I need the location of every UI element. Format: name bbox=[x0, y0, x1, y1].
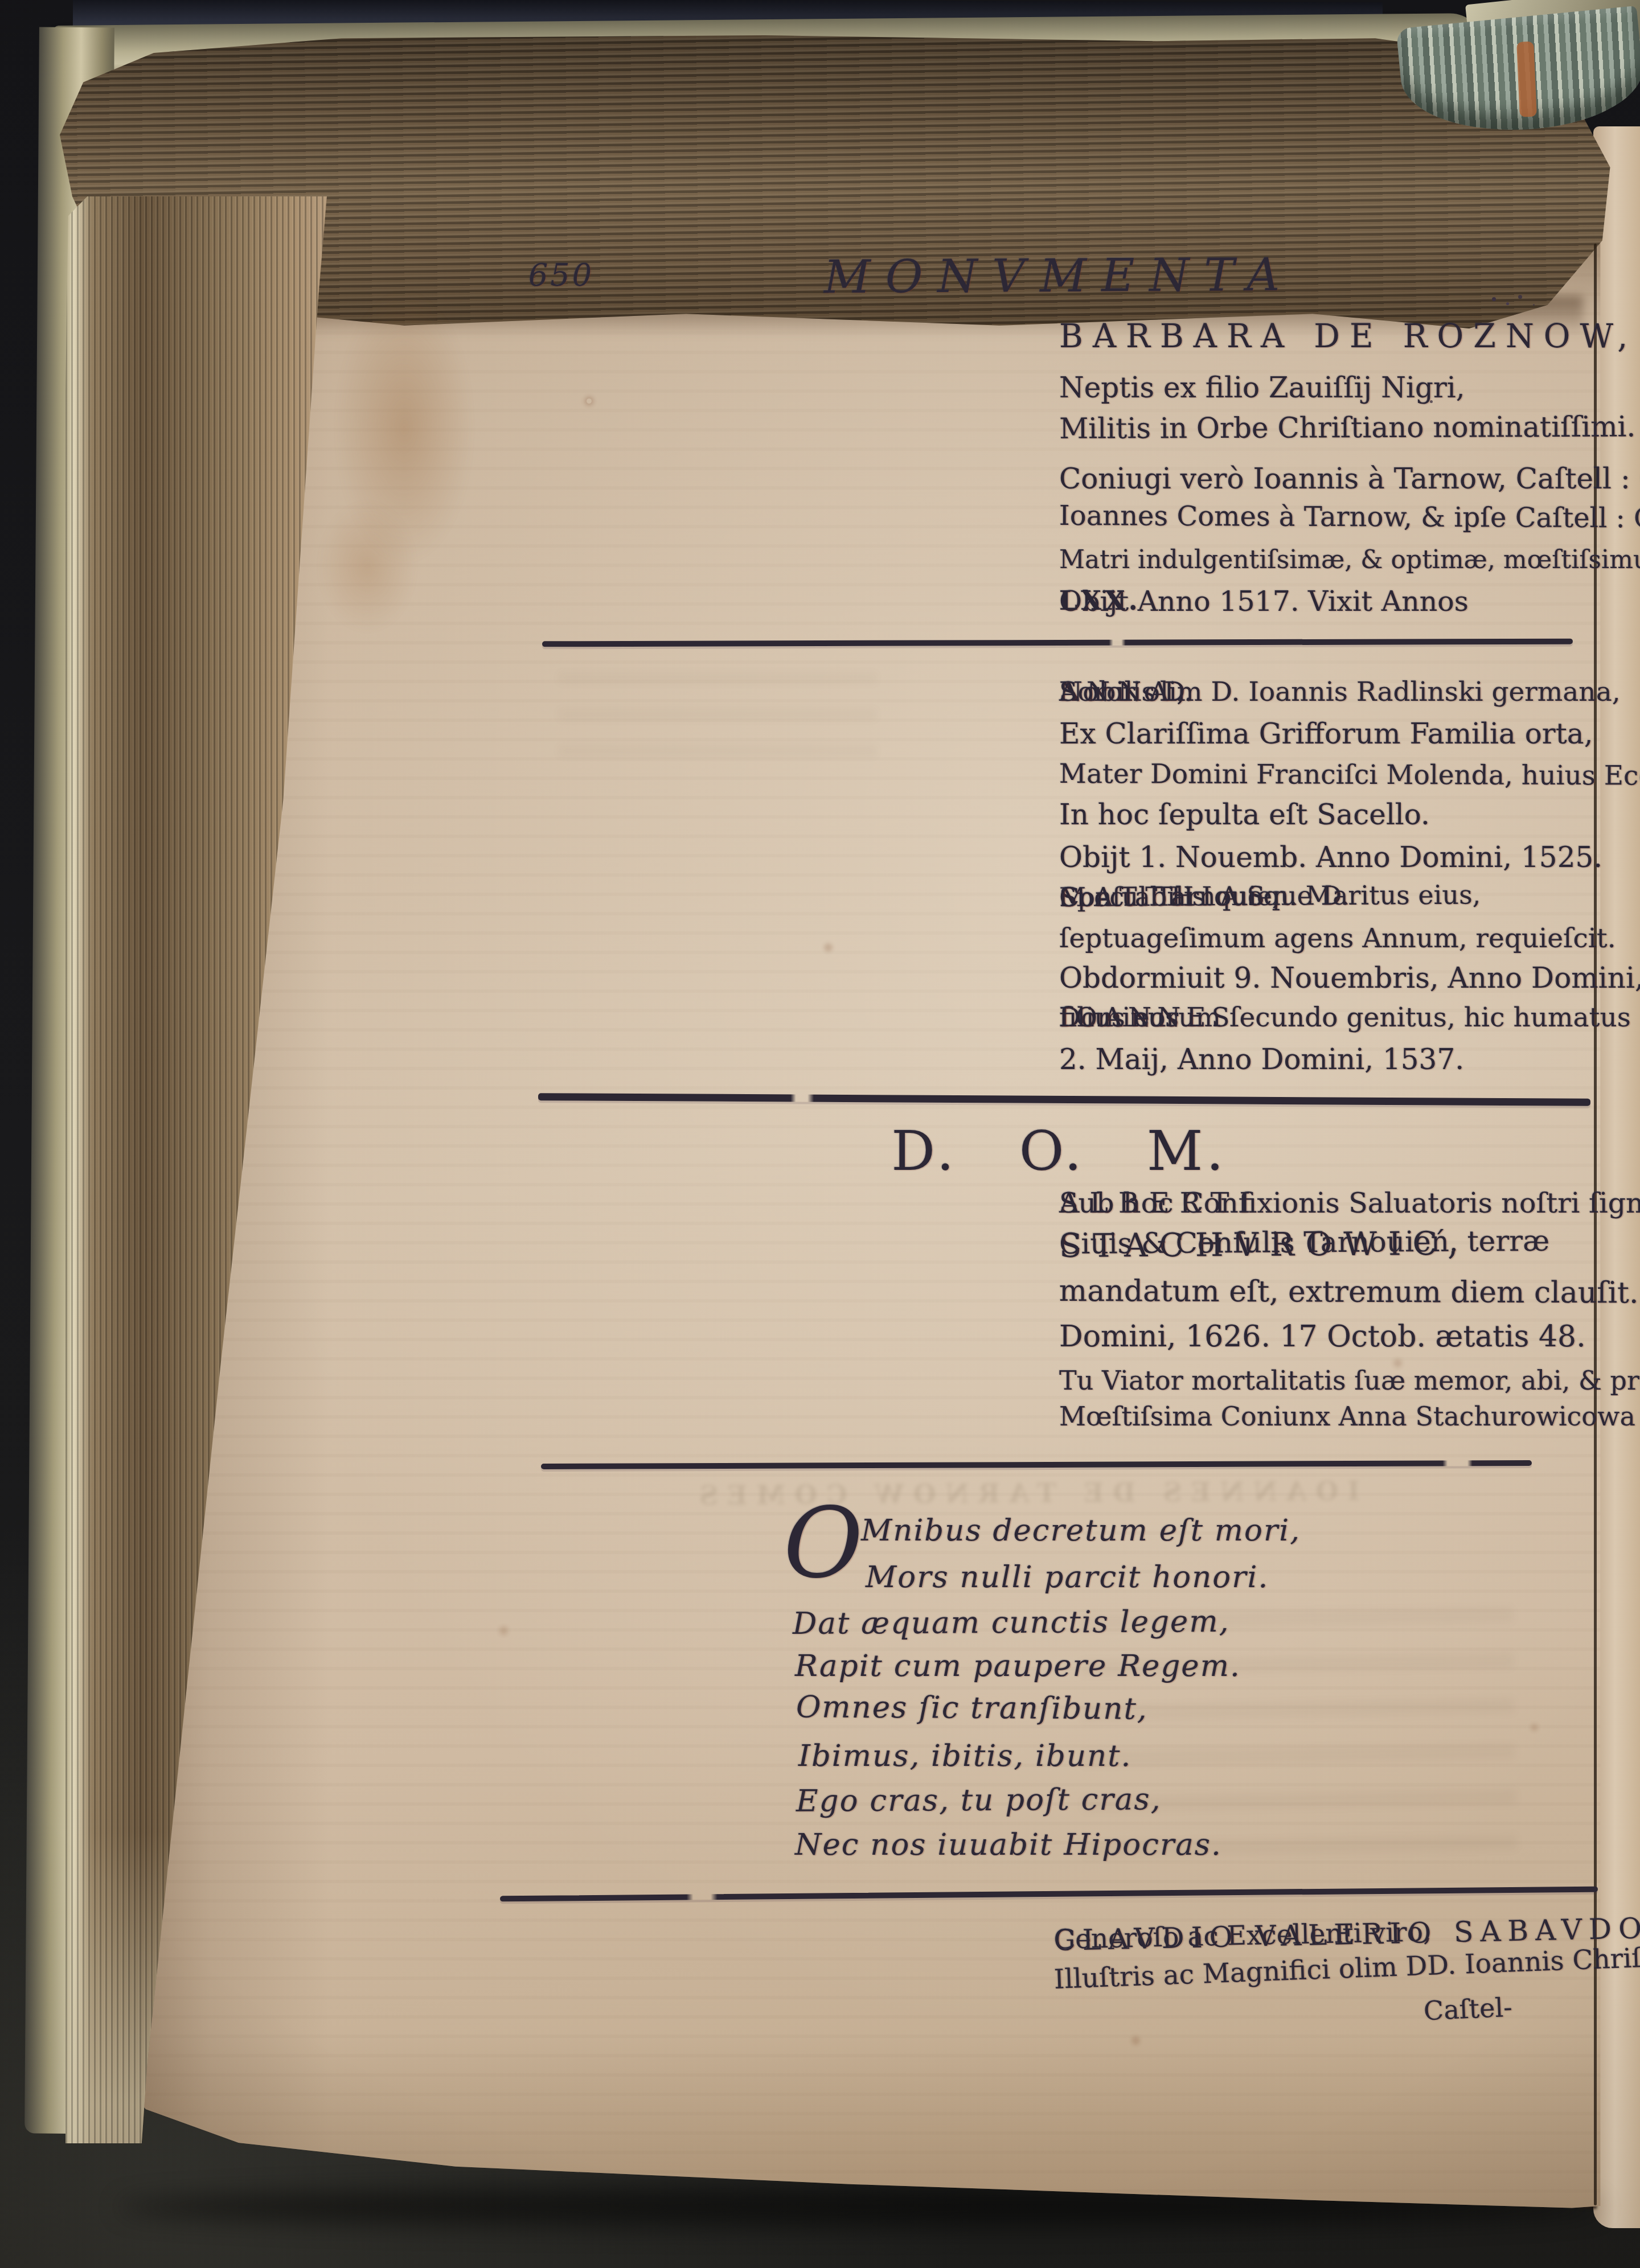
poem-line: Dat æquam cunctis legem, bbox=[793, 1604, 1230, 1641]
line-segment-caps: BARBARA DE ROZNOW, bbox=[1059, 318, 1637, 355]
line-segment: Neptis ex filio Zauiſſij Nigri, bbox=[1059, 371, 1465, 404]
line-segment: Ciuis & Conſulis Tarnouień. terræ bbox=[1059, 1225, 1549, 1260]
foxing-spots bbox=[587, 398, 592, 404]
poem-line: Rapit cum paupere Regem. bbox=[795, 1649, 1241, 1683]
catchword: Caſtel- bbox=[1423, 1992, 1513, 2027]
line-segment: Ex Clariſſima Grifforum Familia orta, bbox=[1059, 717, 1593, 750]
gutter-line bbox=[1594, 244, 1597, 2205]
line-segment: mandatum eſt, extremum diem clauſit. Ann… bbox=[1059, 1274, 1640, 1310]
poem-drop-cap: O bbox=[784, 1503, 863, 1585]
line-segment: Mater Domini Franciſci Molenda, huius Ec… bbox=[1059, 758, 1640, 792]
dom-heading: D. O. M. bbox=[512, 1119, 1606, 1183]
line-segment: Militis in Orbe Chriſtiano nominatiſſimi… bbox=[1059, 410, 1636, 445]
poem-line: Nec nos iuuabit Hipocras. bbox=[795, 1827, 1222, 1862]
line-segment: Tu Viator mortalitatis ſuæ memor, abi, &… bbox=[1059, 1365, 1640, 1396]
line-segment: Ioannes Comes à Tarnow, & ipſe Caſtell :… bbox=[1059, 500, 1640, 535]
line-segment: Conſul Tarnouien. Maritus eius, bbox=[1059, 879, 1481, 913]
line-segment-caps: ALBERTI bbox=[1059, 1187, 1261, 1219]
line-segment: In hoc ſepulta eſt Sacello. bbox=[1059, 798, 1430, 831]
line-segment: Mœſtiſsima Coniunx Anna Stachurowicowa P… bbox=[1059, 1401, 1640, 1432]
line-segment: filius eorum ſecundo genitus, hic humatu… bbox=[1059, 1002, 1631, 1033]
book-photo: IOANNES DE TARNOW COMES 650 MONVMENTA BA… bbox=[0, 0, 1640, 2268]
paper-stain bbox=[319, 501, 416, 632]
line-segment-caps: LXX. bbox=[1059, 585, 1141, 616]
line-segment: ſeptuageſimum agens Annum, requieſcit. bbox=[1059, 923, 1616, 954]
showthrough-ghost-text: IOANNES DE TARNOW COMES bbox=[581, 1475, 1469, 1512]
showthrough-smudge bbox=[1080, 1607, 1516, 1859]
poem-line: Ego cras, tu poſt cras, bbox=[796, 1782, 1162, 1818]
line-segment: Soror olim D. Ioannis Radlinski germana, bbox=[1059, 676, 1621, 708]
line-segment: Matri indulgentiſsimæ, & optimæ, mœſtiſs… bbox=[1059, 545, 1640, 574]
showthrough-smudge bbox=[558, 672, 877, 780]
line-segment: Coniugi verò Ioannis à Tarnow, Caſtell :… bbox=[1059, 462, 1640, 495]
endband-thread bbox=[1516, 42, 1537, 117]
poem-line: Mors nulli parcit honori. bbox=[866, 1560, 1269, 1595]
line-segment: Obijt 1. Nouemb. Anno Domini, 1525. bbox=[1059, 841, 1602, 874]
line-segment: Obdormiuit 9. Nouembris, Anno Domini, 15… bbox=[1059, 962, 1640, 995]
line-segment: 2. Maij, Anno Domini, 1537. bbox=[1059, 1043, 1464, 1076]
poem-line: Mnibus decretum eſt mori, bbox=[861, 1513, 1301, 1548]
poem-line: Omnes ſic tranſibunt, bbox=[796, 1690, 1148, 1726]
poem-line: Ibimus, ibitis, ibunt. bbox=[798, 1739, 1131, 1773]
running-title: MONVMENTA bbox=[512, 246, 1606, 305]
line-segment: Domini, 1626. 17 Octob. ætatis 48. bbox=[1059, 1320, 1586, 1354]
